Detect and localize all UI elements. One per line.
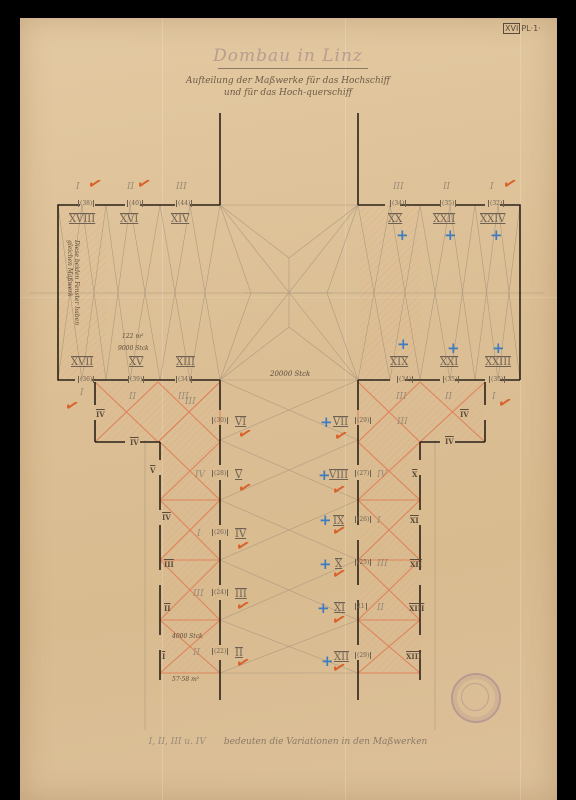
measurement: (35) <box>489 376 505 383</box>
aisle-label: III <box>164 560 174 569</box>
measurement: (22) <box>212 648 228 655</box>
measurement: (38) <box>78 200 94 207</box>
archive-stamp <box>451 673 501 723</box>
aisle-label: IV <box>460 410 469 419</box>
bay-label: III <box>193 589 204 599</box>
window-number: XIX <box>390 357 408 368</box>
window-number: XXII <box>433 214 455 225</box>
bay-label: III <box>176 182 187 192</box>
legend-roman-numerals: I, II, III u. IV <box>149 737 206 747</box>
measurement: (25) <box>355 559 371 566</box>
measurement: (26) <box>212 529 228 536</box>
bay-label: III <box>397 417 408 427</box>
bay-label: III <box>396 392 407 402</box>
window-number: XXI <box>440 357 458 368</box>
blue-plus-mark: + <box>447 341 460 356</box>
window-number: XV <box>129 357 143 368</box>
aisle-label: XIII <box>409 604 424 613</box>
measurement: (36) <box>78 376 94 383</box>
measurement: (30) <box>212 417 228 424</box>
blue-plus-mark: + <box>319 513 332 528</box>
bay-label: II <box>193 648 200 658</box>
aisle-label: IV <box>445 437 454 446</box>
window-number: XXIV <box>480 214 505 225</box>
measurement: (27) <box>355 470 371 477</box>
bay-label: II <box>445 392 452 402</box>
window-number: XVII <box>71 357 93 368</box>
measurement: (24) <box>212 589 228 596</box>
measurement: (40) <box>127 200 143 207</box>
measurement: 21 <box>355 603 367 610</box>
measurement: (35) <box>443 376 459 383</box>
blue-plus-mark: + <box>397 337 410 352</box>
bay-label: II <box>443 182 450 192</box>
blue-plus-mark: + <box>317 601 330 616</box>
pencil-construction-lines <box>30 205 545 730</box>
measurement: (34) <box>390 200 406 207</box>
measurement: (29) <box>355 417 371 424</box>
measurement: (26) <box>355 516 371 523</box>
blue-plus-mark: + <box>490 228 503 243</box>
aisle-label: X <box>412 470 417 479</box>
glass-note: 4000 Stck <box>172 633 203 640</box>
measurement: (32) <box>488 200 504 207</box>
aisle-label: IV <box>130 438 139 447</box>
blue-plus-mark: + <box>318 468 331 483</box>
bay-label: IV <box>195 470 205 480</box>
blue-plus-mark: + <box>444 228 457 243</box>
blue-plus-mark: + <box>492 341 505 356</box>
bay-label: I <box>490 182 494 192</box>
bay-label: II <box>129 392 136 402</box>
hatched-regions <box>58 205 485 673</box>
aisle-label: V <box>150 466 155 475</box>
aisle-label: II <box>164 604 171 613</box>
measurement: (34) <box>397 376 413 383</box>
area-note: 57·58 m² <box>172 676 199 683</box>
measurement: (35) <box>440 200 456 207</box>
aisle-label: XIII <box>406 652 421 661</box>
bay-label: III <box>377 559 388 569</box>
side-note: Diese beiden Fenster haben gleichen Maßw… <box>66 240 80 350</box>
window-number: XVI <box>120 214 138 225</box>
bay-label: II <box>377 603 384 613</box>
aisle-label: XI <box>410 516 419 525</box>
blue-plus-mark: + <box>320 415 333 430</box>
window-number: XIV <box>171 214 189 225</box>
measurement: (34) <box>176 376 192 383</box>
bay-label: I <box>76 182 80 192</box>
bay-label: II <box>127 182 134 192</box>
window-number: XX <box>388 214 402 225</box>
measurement: (29) <box>355 652 371 659</box>
bay-label: I <box>377 516 381 526</box>
legend-text: bedeuten die Variationen in den Maßwerke… <box>224 737 427 747</box>
aisle-label: IV <box>162 513 171 522</box>
bay-label: I <box>492 392 496 402</box>
window-number: XIII <box>176 357 195 368</box>
measurement: (39) <box>128 376 144 383</box>
area-note: 122 m² <box>122 333 143 340</box>
bay-label: III <box>393 182 404 192</box>
bay-label: I <box>197 529 201 539</box>
aisle-label: I <box>162 652 165 661</box>
bay-label: IV <box>377 470 387 480</box>
crossing-glass-note: 20000 Stck <box>270 370 310 378</box>
window-number: XVIII <box>69 214 95 225</box>
window-number: XXIII <box>485 357 511 368</box>
blue-plus-mark: + <box>319 557 332 572</box>
aisle-label: IV <box>96 410 105 419</box>
blue-plus-mark: + <box>321 654 334 669</box>
bay-label: III <box>185 397 196 407</box>
blue-plus-mark: + <box>396 228 409 243</box>
legend-footer: I, II, III u. IVbedeuten die Variationen… <box>0 737 576 747</box>
glass-note: 9000 Stck <box>118 345 149 352</box>
bay-label: I <box>80 388 84 398</box>
measurement: (44) <box>176 200 192 207</box>
measurement: (28) <box>212 470 228 477</box>
aisle-label: XII <box>410 560 422 569</box>
